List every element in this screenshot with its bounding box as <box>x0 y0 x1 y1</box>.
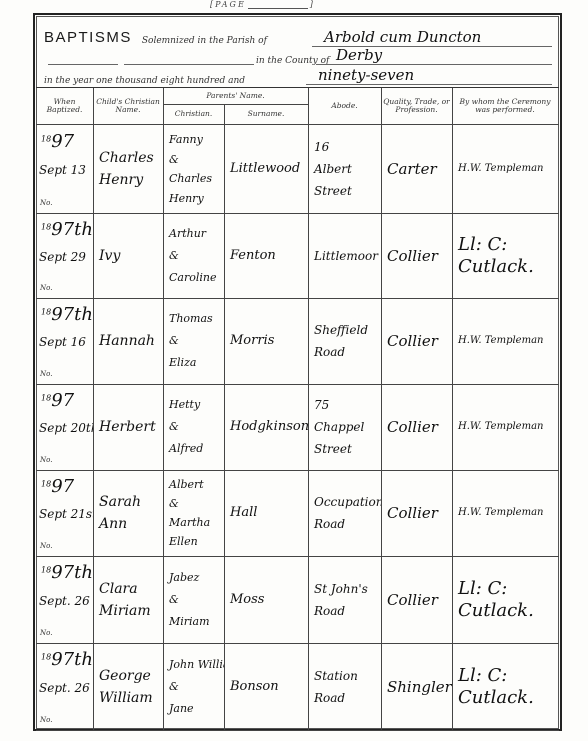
cell-child-name: Hannah <box>93 298 163 384</box>
handwritten-line: Miriam <box>99 600 151 622</box>
cell-quality: Carter <box>381 125 452 213</box>
cell-parents-surname: Moss <box>224 556 308 643</box>
cell-child-name: Herbert <box>93 384 163 470</box>
handwritten-line: St John's <box>314 578 368 600</box>
handwritten-line: 75 <box>314 394 329 416</box>
baptism-date: Sept. 26 <box>39 594 90 608</box>
handwritten-line: Herbert <box>99 416 156 438</box>
county-blank-left <box>48 48 118 65</box>
county-value: Derby <box>336 46 382 64</box>
cell-child-name: ClaraMiriam <box>93 556 163 643</box>
handwritten-line: Occupation <box>314 491 381 513</box>
handwritten-line: Eliza <box>169 352 196 374</box>
cell-parents-surname: Hodgkinson <box>224 384 308 470</box>
handwritten-line: Sheffield <box>314 319 368 341</box>
handwritten-line: Hodgkinson <box>230 416 308 438</box>
baptism-date: Sept. 26 <box>39 681 90 695</box>
cell-when-baptized: 1897thSept 16No. <box>36 298 93 384</box>
cell-by-whom: Ll: C:Cutlack. <box>452 643 558 730</box>
cell-parents-christian: Arthur&Caroline <box>163 213 224 298</box>
handwritten-line: Alfred <box>169 438 203 460</box>
cell-quality: Collier <box>381 384 452 470</box>
cell-parents-surname: Hall <box>224 470 308 556</box>
baptism-date: Sept 16 <box>39 335 86 349</box>
handwritten-line: Albert <box>169 475 204 494</box>
handwritten-line: Fanny <box>169 130 203 150</box>
cell-parents-christian: Albert&MarthaEllen <box>163 470 224 556</box>
handwritten-line: William <box>99 687 153 709</box>
handwritten-line: H.W. Templeman <box>458 502 543 524</box>
cell-by-whom: H.W. Templeman <box>452 470 558 556</box>
baptism-year: 1897th <box>41 304 93 325</box>
page-label-prefix: [PAGE <box>210 0 246 9</box>
county-blank-mid <box>124 48 254 65</box>
cell-parents-christian: John William&Jane <box>163 643 224 730</box>
handwritten-line: Sarah <box>99 491 141 513</box>
handwritten-line: Clara <box>99 578 138 600</box>
handwritten-line: 16 <box>314 136 329 158</box>
year-prefix: 18 <box>41 480 51 489</box>
col-header-child-name: Child's Christian Name. <box>93 88 163 124</box>
baptism-date: Sept 21st <box>39 507 93 521</box>
entry-number-label: No. <box>40 370 52 378</box>
baptism-date: Sept 13 <box>39 163 86 177</box>
col-header-parents-surname: Surname. <box>224 105 308 124</box>
handwritten-line: Cutlack. <box>458 256 534 278</box>
register-heading: BAPTISMS <box>44 29 132 46</box>
handwritten-line: Charles <box>169 169 212 189</box>
cell-abode: St John'sRoad <box>308 556 381 643</box>
cell-parents-surname: Fenton <box>224 213 308 298</box>
cell-parents-christian: Fanny&CharlesHenry <box>163 125 224 213</box>
baptism-year: 1897th <box>41 649 93 670</box>
handwritten-line: Hannah <box>99 330 155 352</box>
handwritten-line: Miriam <box>169 611 210 633</box>
handwritten-line: Road <box>314 513 345 535</box>
baptism-date: Sept 20th <box>39 421 93 435</box>
handwritten-line: Jabez <box>169 567 199 589</box>
handwritten-line: Moss <box>230 589 264 611</box>
year-suffix: 97th <box>51 649 93 670</box>
handwritten-line: & <box>169 589 179 611</box>
cell-abode: Littlemoor <box>308 213 381 298</box>
handwritten-line: Road <box>314 600 345 622</box>
handwritten-line: Martha <box>169 513 210 532</box>
year-prefix: 18 <box>41 653 51 662</box>
year-prefix: 18 <box>41 135 51 144</box>
year-prefix: 18 <box>41 566 51 575</box>
entry-number-label: No. <box>40 716 52 724</box>
handwritten-line: Ivy <box>99 245 120 267</box>
cell-by-whom: Ll: C:Cutlack. <box>452 556 558 643</box>
cell-by-whom: H.W. Templeman <box>452 125 558 213</box>
col-header-parents-christian: Christian. <box>163 105 224 124</box>
year-prefix: 18 <box>41 308 51 317</box>
handwritten-line: Collier <box>387 502 438 524</box>
page-number-label: [PAGE] <box>210 0 360 12</box>
cell-parents-surname: Morris <box>224 298 308 384</box>
entry-number-label: No. <box>40 629 52 637</box>
handwritten-line: H.W. Templeman <box>458 416 543 438</box>
handwritten-line: Chappel <box>314 416 364 438</box>
year-field: ninety-seven <box>306 68 552 85</box>
year-prefix: 18 <box>41 394 51 403</box>
handwritten-line: George <box>99 665 151 687</box>
handwritten-line: Road <box>314 341 345 363</box>
baptism-date: Sept 29 <box>39 250 86 264</box>
baptism-year: 1897 <box>41 390 74 411</box>
handwritten-line: Ll: C: <box>458 665 507 687</box>
handwritten-line: & <box>169 330 179 352</box>
handwritten-line: Bonson <box>230 676 279 698</box>
year-suffix: 97th <box>51 562 93 583</box>
cell-when-baptized: 1897thSept. 26No. <box>36 643 93 730</box>
cell-when-baptized: 1897Sept 13No. <box>36 125 93 213</box>
handwritten-line: Charles <box>99 147 154 169</box>
handwritten-line: H.W. Templeman <box>458 330 543 352</box>
year-suffix: 97th <box>51 304 93 325</box>
cell-by-whom: Ll: C:Cutlack. <box>452 213 558 298</box>
handwritten-line: & <box>169 150 179 170</box>
handwritten-line: Collier <box>387 245 438 267</box>
handwritten-line: & <box>169 416 179 438</box>
baptism-year: 1897 <box>41 476 74 497</box>
cell-quality: Shingler <box>381 643 452 730</box>
cell-quality: Collier <box>381 556 452 643</box>
cell-by-whom: H.W. Templeman <box>452 384 558 470</box>
handwritten-line: Collier <box>387 589 438 611</box>
cell-child-name: Ivy <box>93 213 163 298</box>
handwritten-line: John William <box>169 654 224 676</box>
col-header-by-whom: By whom the Ceremony was performed. <box>452 88 558 124</box>
handwritten-line: Shingler <box>387 676 452 698</box>
baptism-year: 1897 <box>41 131 74 152</box>
handwritten-line: Hall <box>230 502 257 524</box>
register-title-block: BAPTISMS Solemnized in the Parish of Arb… <box>44 22 556 84</box>
parish-label: Solemnized in the Parish of <box>142 36 267 46</box>
handwritten-line: H.W. Templeman <box>458 158 543 180</box>
year-prefix: 18 <box>41 223 51 232</box>
handwritten-line: Road <box>314 687 345 709</box>
cell-when-baptized: 1897thSept 29No. <box>36 213 93 298</box>
cell-parents-surname: Bonson <box>224 643 308 730</box>
handwritten-line: Ellen <box>169 532 198 551</box>
year-suffix: 97 <box>51 390 74 411</box>
handwritten-line: Hetty <box>169 394 200 416</box>
cell-quality: Collier <box>381 470 452 556</box>
entry-number-label: No. <box>40 542 52 550</box>
handwritten-line: Albert <box>314 158 352 180</box>
baptism-year: 1897th <box>41 562 93 583</box>
handwritten-line: & <box>169 245 179 267</box>
handwritten-line: Henry <box>99 169 143 191</box>
cell-abode: StationRoad <box>308 643 381 730</box>
cell-when-baptized: 1897Sept 20thNo. <box>36 384 93 470</box>
cell-abode: SheffieldRoad <box>308 298 381 384</box>
year-value: ninety-seven <box>318 66 414 84</box>
parish-value: Arbold cum Duncton <box>324 28 481 46</box>
handwritten-line: Henry <box>169 189 204 209</box>
county-field: Derby <box>316 48 552 65</box>
col-header-abode: Abode. <box>308 88 381 124</box>
cell-quality: Collier <box>381 298 452 384</box>
cell-abode: 75ChappelStreet <box>308 384 381 470</box>
col-header-when-baptized: When Baptized. <box>36 88 93 124</box>
handwritten-line: Collier <box>387 416 438 438</box>
entry-number-label: No. <box>40 199 52 207</box>
cell-parents-christian: Thomas&Eliza <box>163 298 224 384</box>
year-suffix: 97th <box>51 219 93 240</box>
handwritten-line: Ll: C: <box>458 234 507 256</box>
parish-field: Arbold cum Duncton <box>312 28 552 47</box>
entry-number-label: No. <box>40 456 52 464</box>
cell-by-whom: H.W. Templeman <box>452 298 558 384</box>
cell-when-baptized: 1897thSept. 26No. <box>36 556 93 643</box>
year-suffix: 97 <box>51 476 74 497</box>
handwritten-line: Street <box>314 438 352 460</box>
handwritten-line: Collier <box>387 330 438 352</box>
handwritten-line: Ann <box>99 513 127 535</box>
handwritten-line: & <box>169 494 179 513</box>
cell-parents-surname: Littlewood <box>224 125 308 213</box>
handwritten-line: Littlewood <box>230 158 300 180</box>
year-suffix: 97 <box>51 131 74 152</box>
cell-when-baptized: 1897Sept 21stNo. <box>36 470 93 556</box>
handwritten-line: Morris <box>230 330 274 352</box>
page-number-blank <box>248 1 308 9</box>
handwritten-line: Carter <box>387 158 437 180</box>
handwritten-line: Station <box>314 665 358 687</box>
handwritten-line: Ll: C: <box>458 578 507 600</box>
col-header-parents-name: Parents' Name. <box>163 88 308 104</box>
cell-parents-christian: Jabez&Miriam <box>163 556 224 643</box>
col-header-quality: Quality, Trade, or Profession. <box>381 88 452 124</box>
handwritten-line: & <box>169 676 179 698</box>
handwritten-line: Jane <box>169 698 194 720</box>
handwritten-line: Cutlack. <box>458 687 534 709</box>
cell-child-name: GeorgeWilliam <box>93 643 163 730</box>
cell-abode: 16AlbertStreet <box>308 125 381 213</box>
cell-parents-christian: Hetty&Alfred <box>163 384 224 470</box>
cell-child-name: SarahAnn <box>93 470 163 556</box>
cell-child-name: CharlesHenry <box>93 125 163 213</box>
handwritten-line: Arthur <box>169 223 206 245</box>
handwritten-line: Caroline <box>169 267 217 289</box>
handwritten-line: Littlemoor <box>314 245 378 267</box>
handwritten-line: Cutlack. <box>458 600 534 622</box>
entry-number-label: No. <box>40 284 52 292</box>
baptism-year: 1897th <box>41 219 93 240</box>
page-label-suffix: ] <box>310 0 315 9</box>
year-label: in the year one thousand eight hundred a… <box>44 76 245 86</box>
handwritten-line: Street <box>314 180 352 202</box>
cell-abode: OccupationRoad <box>308 470 381 556</box>
handwritten-line: Fenton <box>230 245 276 267</box>
row-divider <box>36 730 559 731</box>
handwritten-line: Thomas <box>169 308 213 330</box>
cell-quality: Collier <box>381 213 452 298</box>
